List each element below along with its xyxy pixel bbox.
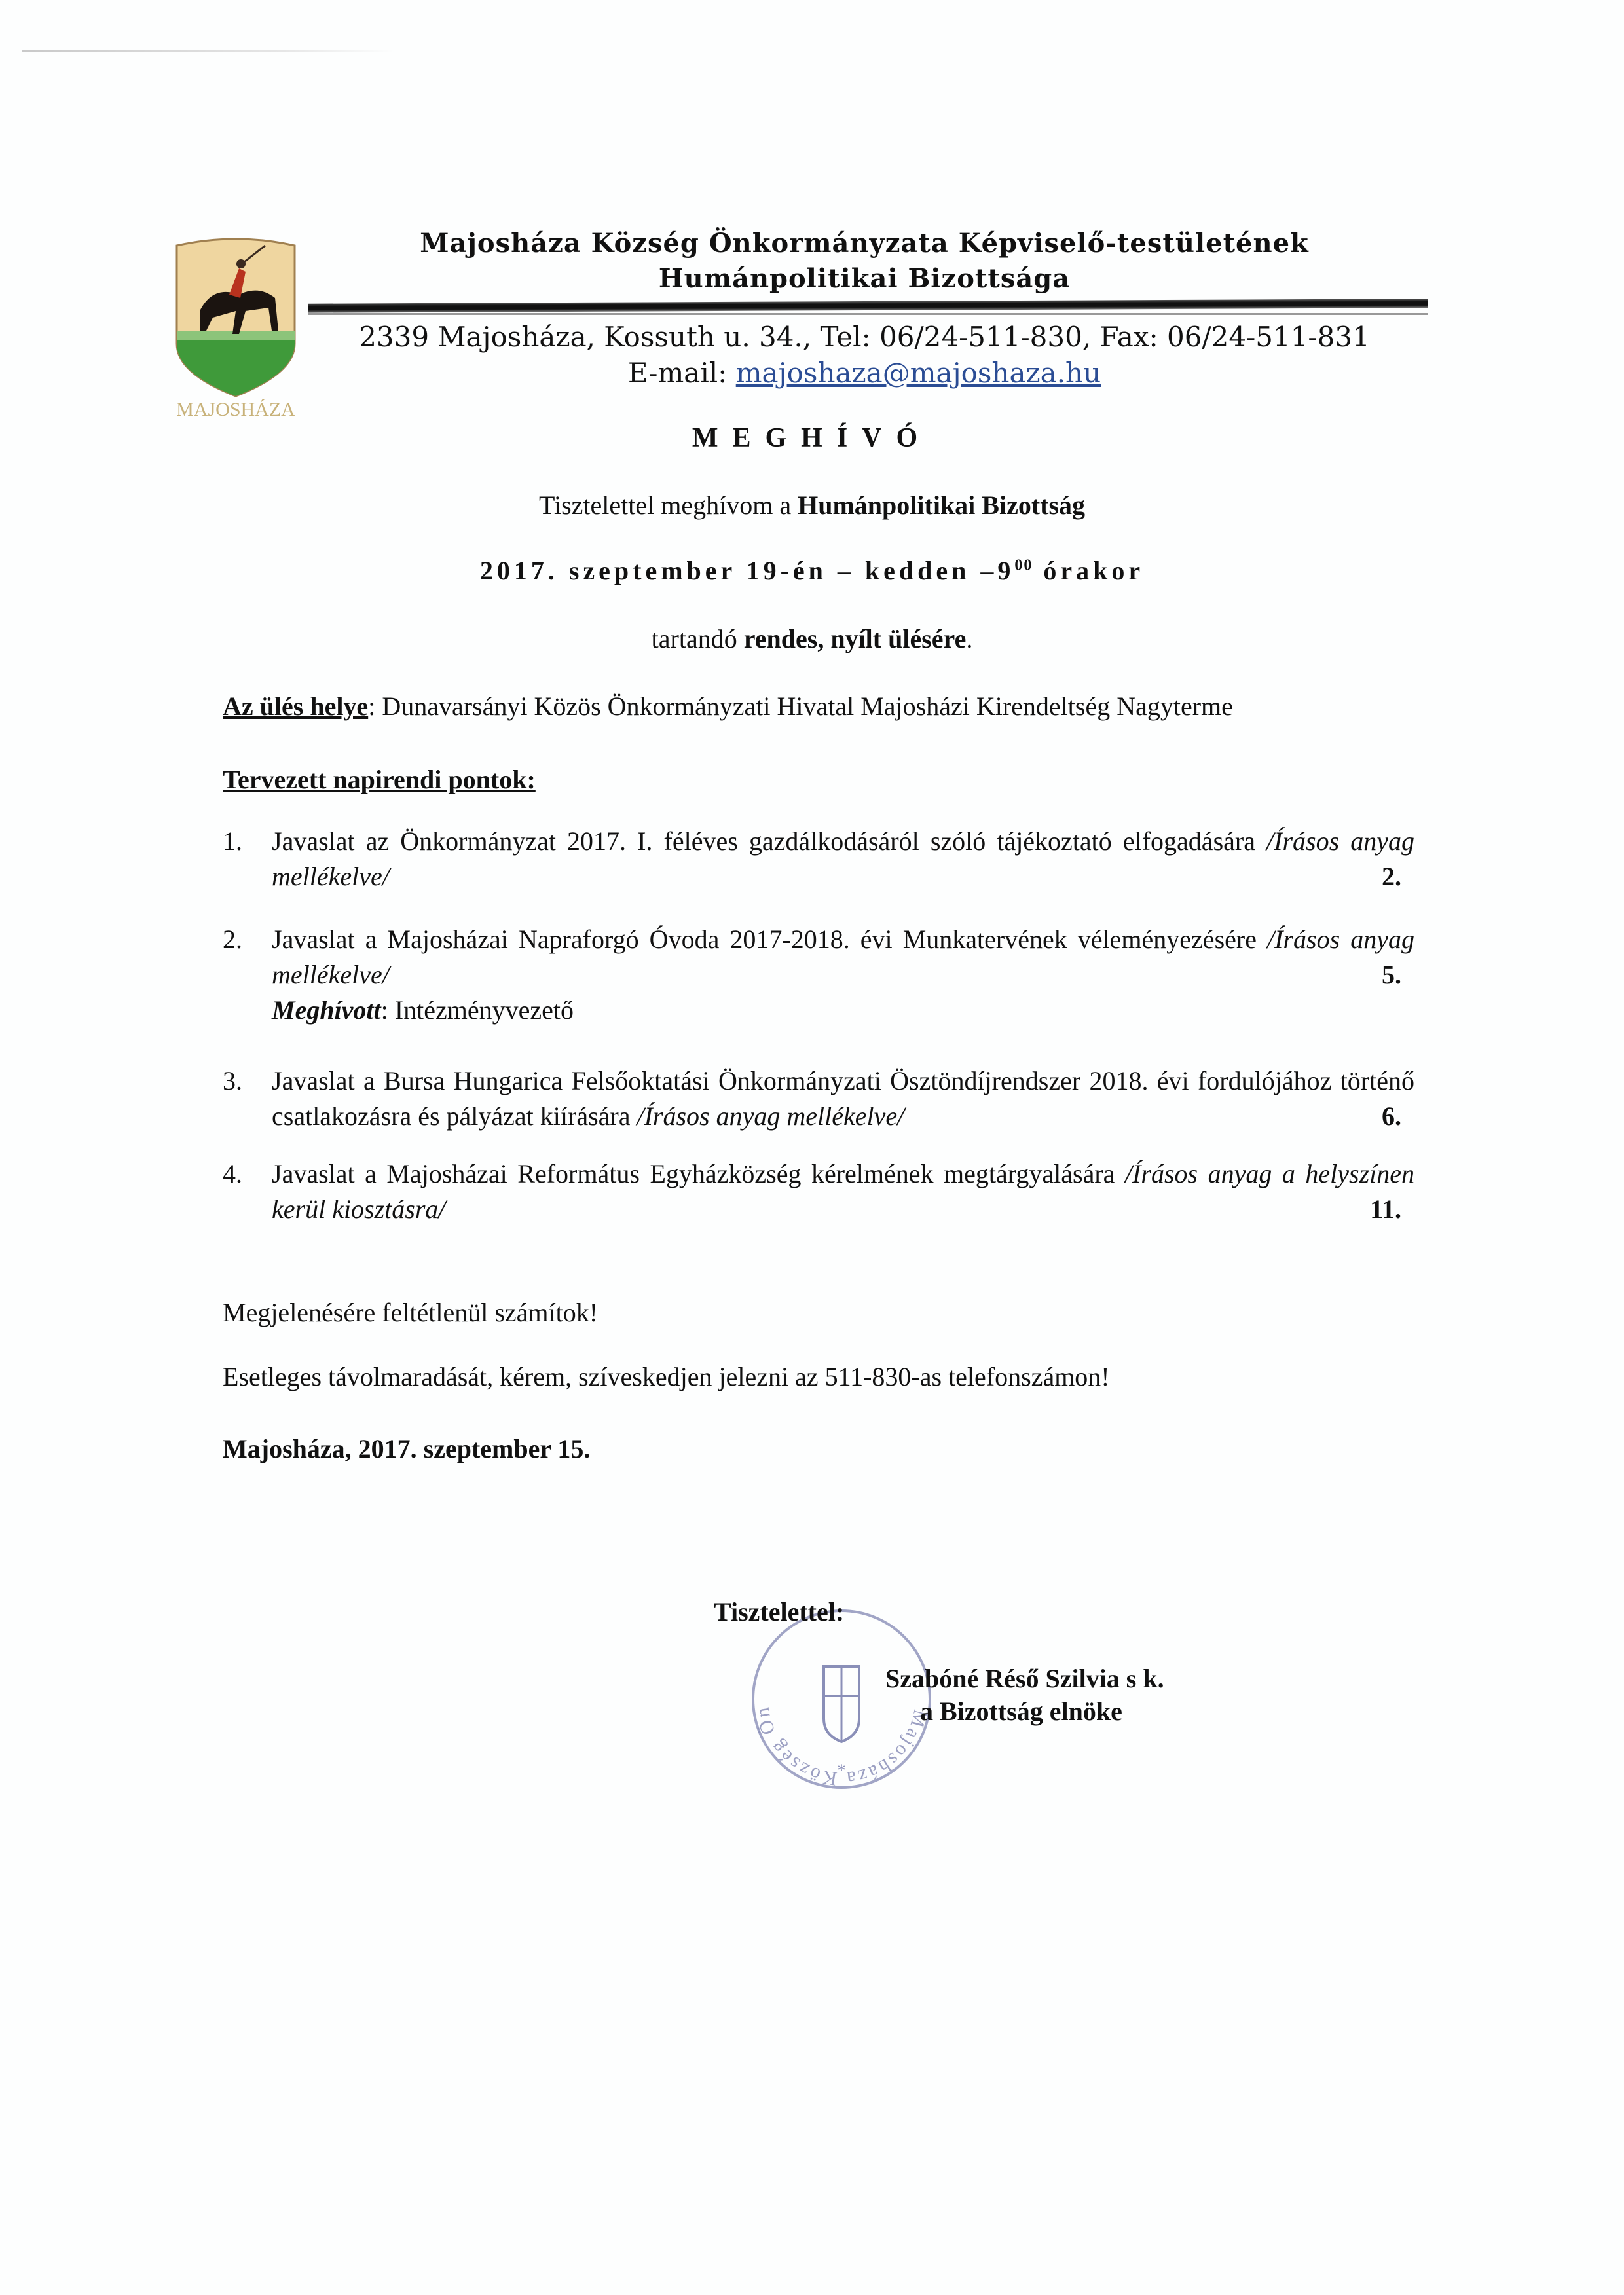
- coat-of-arms-logo: MAJOSHÁZA: [167, 232, 304, 422]
- intro-text: Tisztelettel meghívom a: [539, 490, 798, 520]
- agenda-text-main: Javaslat az Önkormányzat 2017. I. féléve…: [272, 826, 1266, 856]
- invitation-intro: Tisztelettel meghívom a Humánpolitikai B…: [0, 490, 1624, 521]
- email-link[interactable]: majoshaza@majoshaza.hu: [736, 357, 1101, 389]
- email-label: E-mail:: [628, 357, 736, 389]
- committee-name: Humánpolitikai Bizottsága: [308, 263, 1421, 294]
- agenda-number: 2.: [223, 922, 242, 957]
- agenda-heading-text: Tervezett napirendi pontok:: [223, 765, 536, 794]
- scan-artifact-line: [22, 50, 395, 52]
- meeting-date: 2017. szeptember 19-én – kedden –900 óra…: [0, 555, 1624, 586]
- official-stamp: Majosháza Község Önkormányzata *: [747, 1604, 936, 1794]
- svg-text:*: *: [838, 1761, 846, 1780]
- place-label: Az ülés helye: [223, 691, 368, 721]
- session-kind: rendes, nyílt ülésére: [744, 624, 967, 653]
- time-minutes: 00: [1014, 557, 1033, 574]
- invited-value: : Intézményvezető: [381, 995, 574, 1025]
- agenda-number: 1.: [223, 824, 242, 859]
- greeting: Tisztelettel:: [714, 1596, 844, 1627]
- agenda-text: Javaslat a Majosházai Napraforgó Óvoda 2…: [272, 922, 1414, 1028]
- invited-label: Meghívott: [272, 995, 381, 1025]
- agenda-number: 4.: [223, 1156, 242, 1192]
- signatory-name: Szabóné Réső Szilvia s k.: [885, 1663, 1164, 1694]
- document-title: MEGHÍVÓ: [0, 422, 1624, 454]
- agenda-text: Javaslat a Bursa Hungarica Felsőoktatási…: [272, 1063, 1414, 1134]
- place-and-date: Majosháza, 2017. szeptember 15.: [223, 1431, 1421, 1467]
- signatory-role: a Bizottság elnöke: [920, 1696, 1122, 1727]
- organization-name: Majosháza Község Önkormányzata Képviselő…: [308, 228, 1421, 259]
- agenda-text-main: Javaslat a Majosházai Napraforgó Óvoda 2…: [272, 925, 1267, 954]
- header-divider-thin: [308, 313, 1428, 315]
- email-line: E-mail: majoshaza@majoshaza.hu: [308, 357, 1421, 389]
- closing-line-2: Esetleges távolmaradását, kérem, szívesk…: [223, 1359, 1421, 1395]
- agenda-page-ref: 2.: [1382, 859, 1401, 894]
- header-divider: [308, 299, 1428, 312]
- date-text: 2017. szeptember 19-én – kedden –9: [480, 556, 1015, 585]
- address-line: 2339 Majosháza, Kossuth u. 34., Tel: 06/…: [308, 321, 1421, 353]
- closing-line-1: Megjelenésére feltétlenül számítok!: [223, 1295, 1421, 1331]
- meeting-place: Az ülés helye: Dunavarsányi Közös Önkorm…: [223, 689, 1421, 724]
- agenda-number: 3.: [223, 1063, 242, 1099]
- place-separator: :: [368, 691, 382, 721]
- agenda-text-main: Javaslat a Majosházai Református Egyházk…: [272, 1159, 1125, 1188]
- session-type: tartandó rendes, nyílt ülésére.: [0, 623, 1624, 654]
- place-value: Dunavarsányi Közös Önkormányzati Hivatal…: [382, 691, 1233, 721]
- intro-committee: Humánpolitikai Bizottság: [798, 490, 1085, 520]
- time-suffix: órakor: [1033, 556, 1144, 585]
- agenda-page-ref: 5.: [1382, 957, 1401, 993]
- session-text: tartandó: [652, 624, 744, 653]
- agenda-heading: Tervezett napirendi pontok:: [223, 762, 1421, 798]
- session-period: .: [966, 624, 972, 653]
- agenda-page-ref: 6.: [1382, 1099, 1401, 1134]
- agenda-note: /Írásos anyag mellékelve/: [637, 1101, 904, 1131]
- agenda-text: Javaslat a Majosházai Református Egyházk…: [272, 1156, 1414, 1227]
- svg-text:MAJOSHÁZA: MAJOSHÁZA: [176, 399, 295, 420]
- agenda-page-ref: 11.: [1370, 1192, 1401, 1227]
- agenda-text: Javaslat az Önkormányzat 2017. I. féléve…: [272, 824, 1414, 894]
